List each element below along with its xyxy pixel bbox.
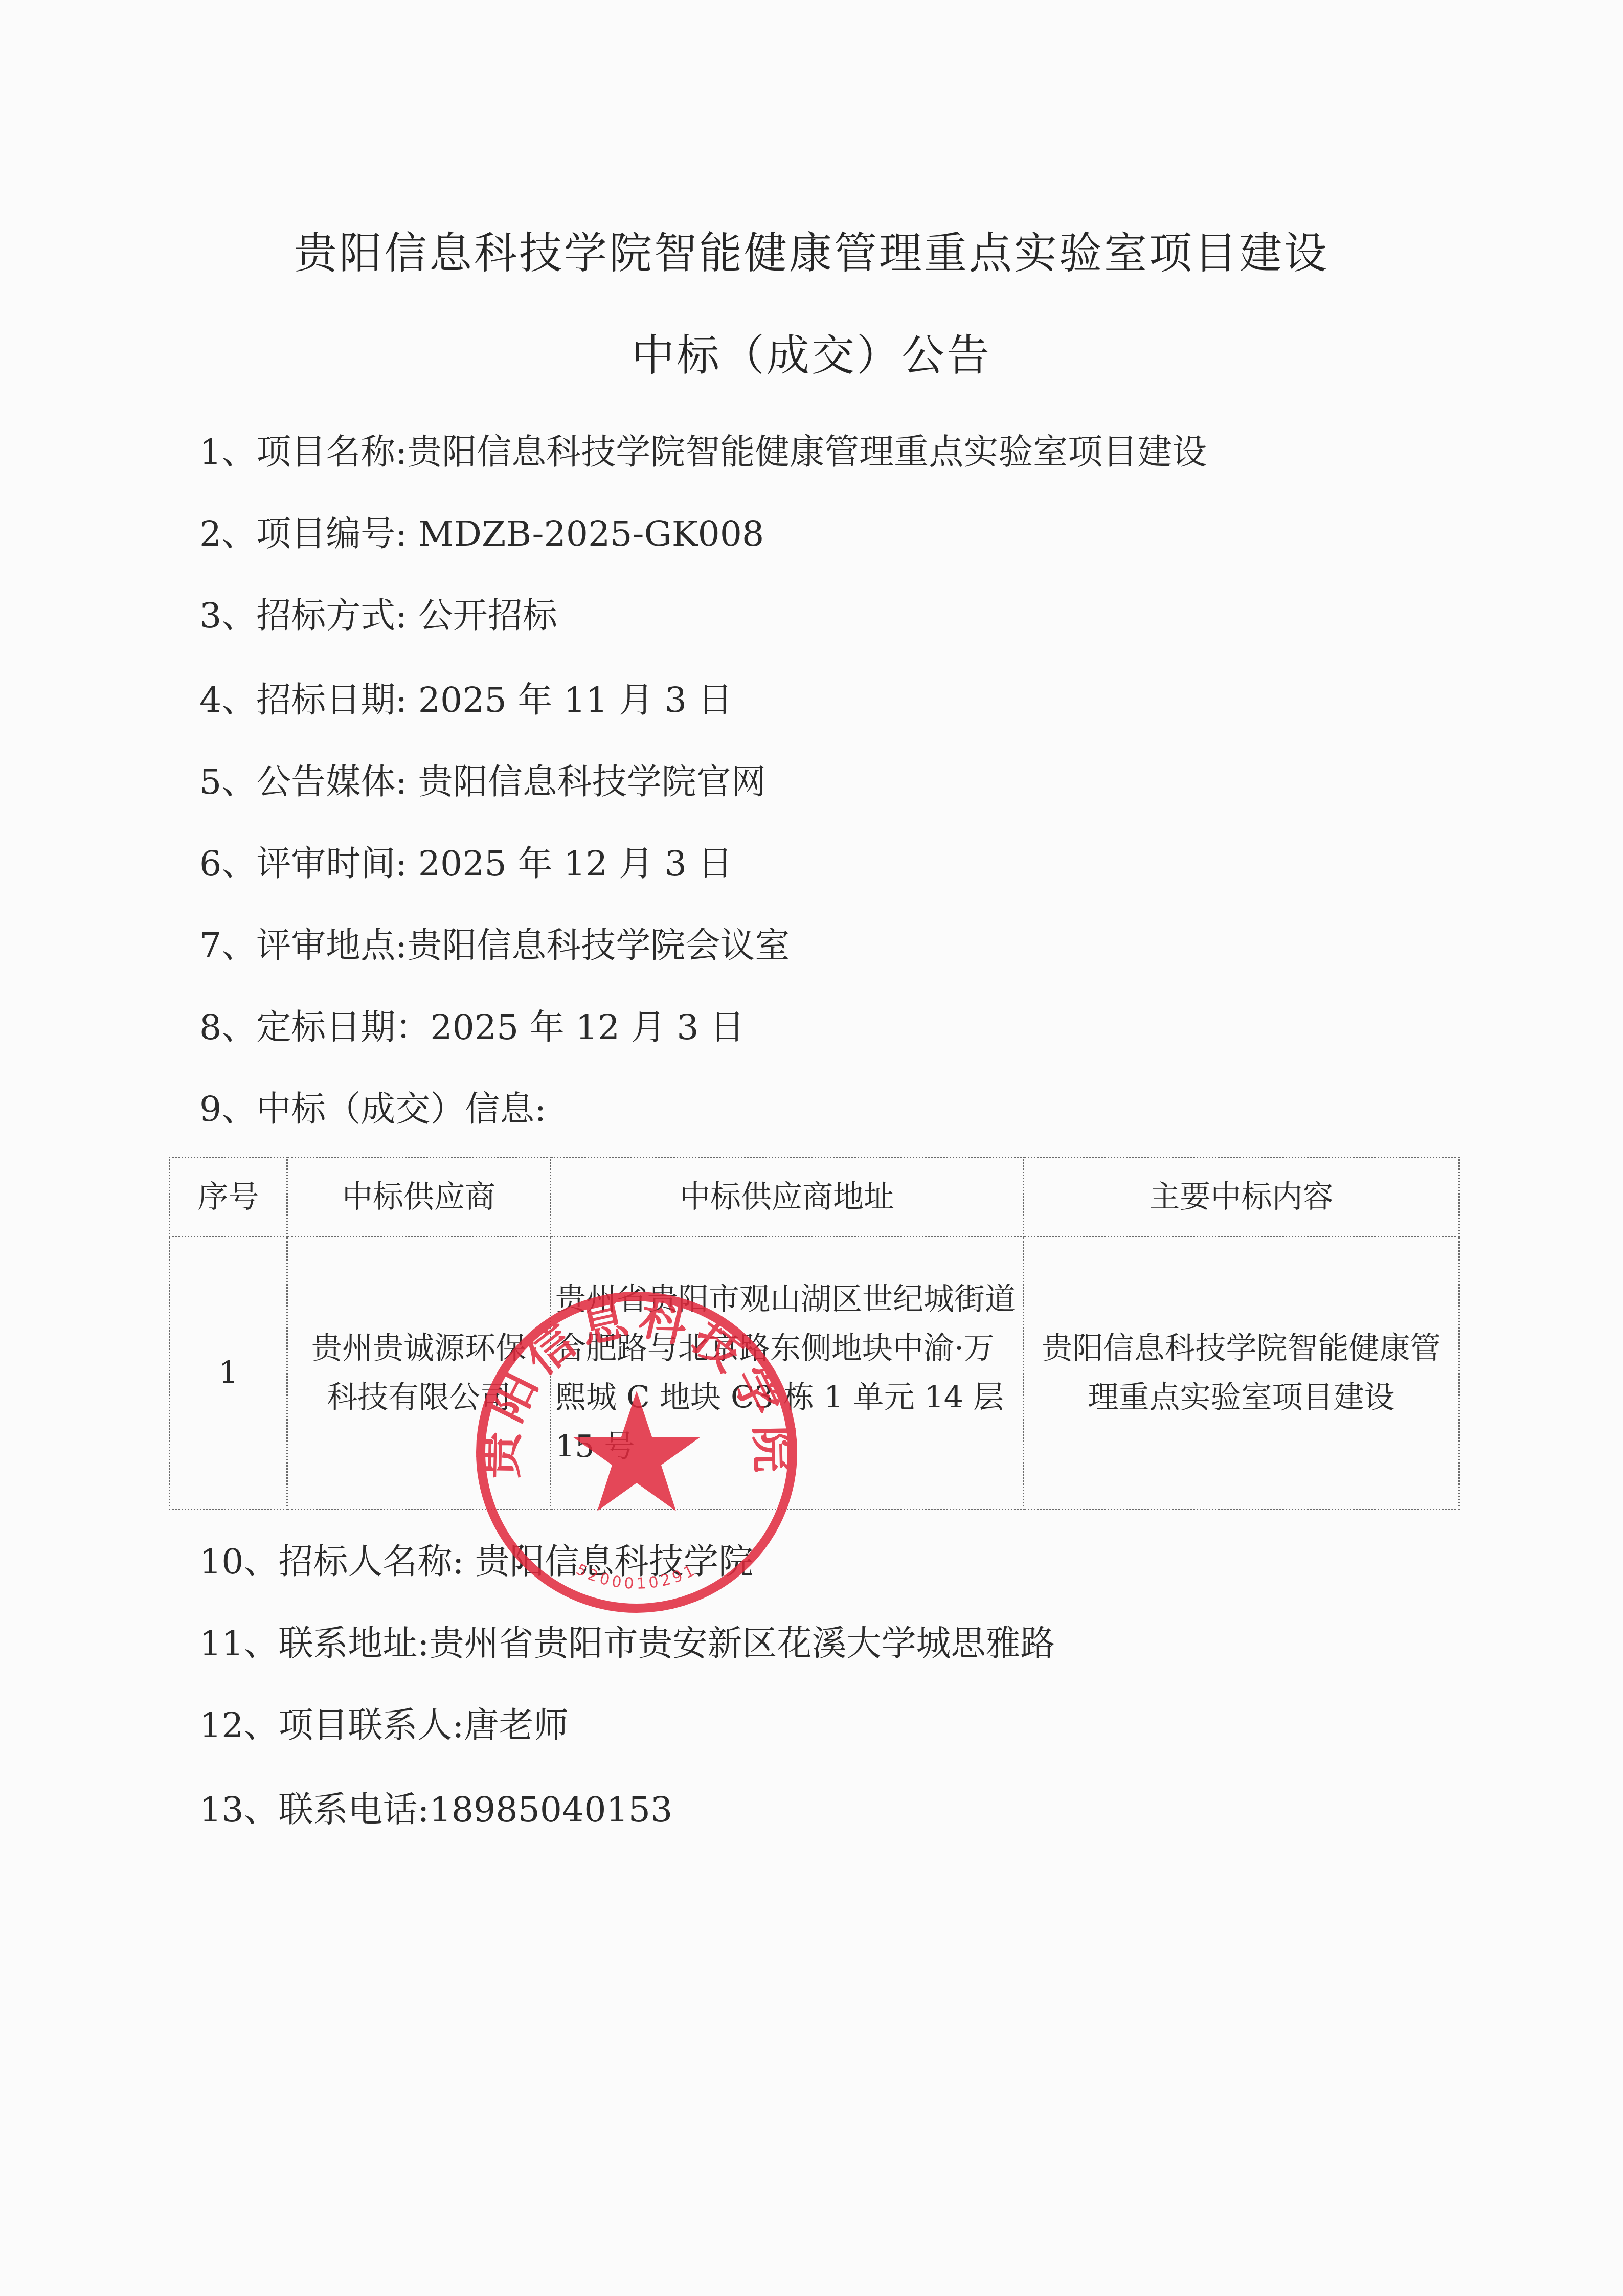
award-table: 序号 中标供应商 中标供应商地址 主要中标内容 1 贵州贵诚源环保科技有限公司 …: [169, 1157, 1460, 1510]
item-label: 10、招标人名称:: [199, 1542, 464, 1582]
item-value: 贵阳信息科技学院会议室: [407, 926, 790, 966]
item-label: 5、公告媒体:: [199, 762, 407, 802]
item-review-location: 7、评审地点:贵阳信息科技学院会议室: [199, 923, 790, 969]
item-contact-phone: 13、联系电话:18985040153: [199, 1787, 672, 1833]
item-value: 贵州省贵阳市贵安新区花溪大学城思雅路: [429, 1624, 1055, 1664]
page-title-line2: 中标（成交）公告: [0, 330, 1623, 381]
item-label: 12、项目联系人:: [199, 1705, 464, 1746]
item-label: 8、定标日期：: [199, 1007, 430, 1048]
item-value: 2025 年 11 月 3 日: [407, 680, 733, 721]
item-value: MDZB-2025-GK008: [407, 514, 764, 554]
item-award-info: 9、中标（成交）信息:: [199, 1087, 546, 1133]
item-tender-date: 4、招标日期: 2025 年 11 月 3 日: [199, 678, 733, 724]
item-label: 3、招标方式:: [199, 596, 407, 636]
cell-supplier: 贵州贵诚源环保科技有限公司: [287, 1237, 551, 1510]
item-label: 13、联系电话:: [199, 1790, 429, 1830]
item-label: 4、招标日期:: [199, 680, 407, 721]
item-label: 6、评审时间:: [199, 844, 407, 884]
item-value: 2025 年 12 月 3 日: [407, 844, 733, 884]
header-content: 主要中标内容: [1024, 1158, 1459, 1237]
cell-index: 1: [170, 1237, 287, 1510]
item-review-time: 6、评审时间: 2025 年 12 月 3 日: [199, 841, 733, 887]
cell-content: 贵阳信息科技学院智能健康管理重点实验室项目建设: [1024, 1237, 1459, 1510]
header-supplier: 中标供应商: [287, 1158, 551, 1237]
item-announcement-media: 5、公告媒体: 贵阳信息科技学院官网: [199, 759, 766, 805]
item-value: 贵阳信息科技学院官网: [407, 762, 766, 802]
item-tenderer-name: 10、招标人名称: 贵阳信息科技学院: [199, 1539, 753, 1585]
table-row: 1 贵州贵诚源环保科技有限公司 贵州省贵阳市观山湖区世纪城街道合肥路与北京路东侧…: [170, 1237, 1459, 1510]
item-value: 2025 年 12 月 3 日: [430, 1007, 745, 1048]
item-label: 1、项目名称:: [199, 432, 407, 472]
item-value: 18985040153: [429, 1790, 672, 1830]
item-label: 2、项目编号:: [199, 514, 407, 554]
header-address: 中标供应商地址: [551, 1158, 1024, 1237]
page-title-line1: 贵阳信息科技学院智能健康管理重点实验室项目建设: [0, 228, 1623, 279]
header-index: 序号: [170, 1158, 287, 1237]
item-contact-address: 11、联系地址:贵州省贵阳市贵安新区花溪大学城思雅路: [199, 1621, 1055, 1667]
item-label: 11、联系地址:: [199, 1624, 429, 1664]
item-tender-method: 3、招标方式: 公开招标: [199, 593, 557, 639]
item-project-name: 1、项目名称:贵阳信息科技学院智能健康管理重点实验室项目建设: [199, 430, 1207, 476]
item-project-number: 2、项目编号: MDZB-2025-GK008: [199, 511, 764, 557]
item-value: 唐老师: [464, 1705, 568, 1746]
cell-address: 贵州省贵阳市观山湖区世纪城街道合肥路与北京路东侧地块中渝·万熙城 C 地块 C3…: [551, 1237, 1024, 1510]
item-value: 贵阳信息科技学院智能健康管理重点实验室项目建设: [407, 432, 1207, 472]
table-header-row: 序号 中标供应商 中标供应商地址 主要中标内容: [170, 1158, 1459, 1237]
item-label: 9、中标（成交）信息:: [199, 1089, 546, 1130]
item-value: 贵阳信息科技学院: [464, 1542, 753, 1582]
item-value: 公开招标: [407, 596, 557, 636]
item-award-date: 8、定标日期：2025 年 12 月 3 日: [199, 1005, 745, 1051]
item-contact-person: 12、项目联系人:唐老师: [199, 1703, 568, 1749]
item-label: 7、评审地点:: [199, 926, 407, 966]
